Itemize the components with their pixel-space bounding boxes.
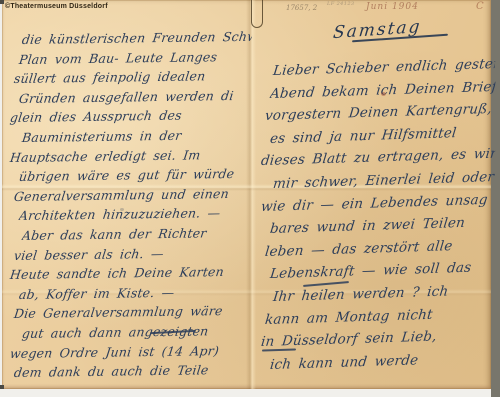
inventory-number-annotation: 17657, 2 — [286, 4, 317, 12]
handwriting-line: Aber das kann der Richter — [21, 223, 253, 246]
pencil-date-annotation: Juni 1904 — [366, 2, 419, 12]
corner-shadow — [0, 0, 4, 4]
letter-scan: ©Theatermuseum Düsseldorf 17657, 2 LF 24… — [0, 0, 500, 397]
handwriting-line: dem dank du auch die Teile — [13, 360, 253, 383]
handwriting-line: die künstlerischen Freunden Schwing — [21, 27, 253, 50]
corner-mark-annotation: C — [476, 1, 484, 12]
corner-shadow — [0, 385, 4, 389]
museum-copyright-stamp: ©Theatermuseum Düsseldorf — [5, 3, 108, 10]
ink-blot — [120, 208, 124, 211]
ink-blot — [381, 92, 386, 96]
paperclip-mark — [251, 0, 263, 28]
code-annotation: LF 24123 — [327, 1, 355, 7]
right-page-lines: Lieber Schieber endlich gesternAbend bek… — [261, 60, 495, 376]
left-page-lines: die künstlerischen Freunden SchwingPlan … — [10, 30, 252, 383]
